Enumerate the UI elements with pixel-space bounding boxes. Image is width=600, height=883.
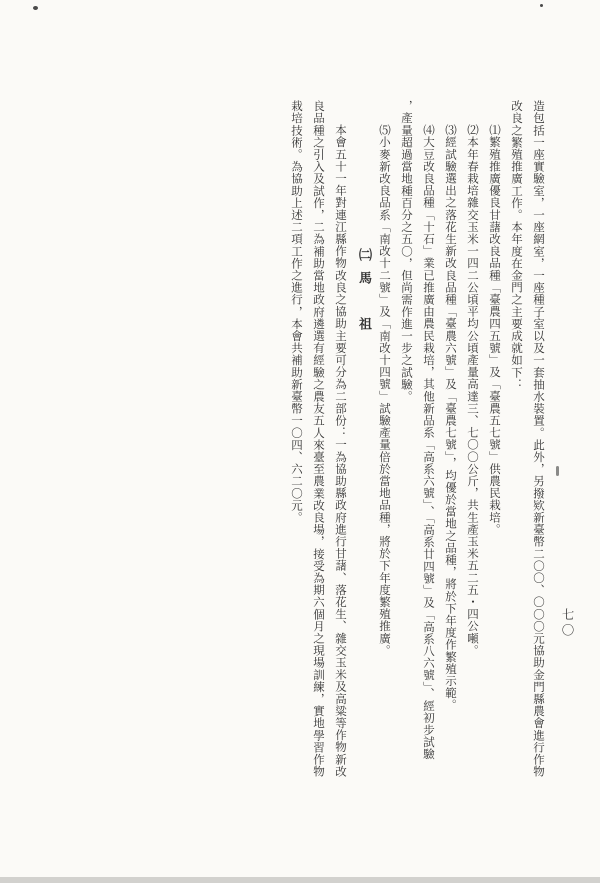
list-item-4-cont: ，產量超過當地種百分之五〇，但尚需作進一步之試驗。 <box>396 100 418 800</box>
list-item-2: ⑵本年春栽培雜交玉米一四二公頃平均公頃產量高達三、七〇〇公斤，共生產玉米五二五・… <box>462 100 484 800</box>
text-block: 造包括一座實驗室，一座網室，一座種子室以及一套抽水裝置。此外，另撥欵新臺幣二〇〇… <box>286 100 550 800</box>
text-column: 改良之繁殖推廣工作。本年度在金門之主要成就如下： <box>506 100 528 800</box>
paragraph-matsu-cont: 良品種之引入及試作，二為補助當地政府遴選有經驗之農友五人來臺至農業改良場，接受為… <box>308 100 330 800</box>
list-item-1: ⑴繁殖推廣優良甘藷改良品種「臺農四五號」及「臺農五七號」供農民栽培。 <box>484 100 506 800</box>
list-item-3: ⑶經試驗選出之落花生新改良品種「臺農六號」及「臺農七號」，均優於當地之品種，將於… <box>440 100 462 800</box>
list-item-5: ⑸小麥新改良品系「南改十二號」及「南改十四號」試驗產量倍於當地品種，將於下年度繁… <box>374 100 396 800</box>
scan-speck <box>33 6 38 10</box>
paragraph-matsu-end: 栽培技術。為協助上述二項工作之進行，本會共補助新臺幣一〇四、六二〇元。 <box>286 100 308 800</box>
scan-edge-shadow <box>0 877 600 883</box>
page-number: 七〇 <box>558 608 576 639</box>
scan-speck <box>556 466 559 476</box>
section-heading-matsu: ㈡馬 祖 <box>352 100 374 800</box>
scan-speck <box>540 4 543 7</box>
text-column: 造包括一座實驗室，一座網室，一座種子室以及一套抽水裝置。此外，另撥欵新臺幣二〇〇… <box>528 100 550 800</box>
document-page: 造包括一座實驗室，一座網室，一座種子室以及一套抽水裝置。此外，另撥欵新臺幣二〇〇… <box>0 0 600 883</box>
list-item-4: ⑷大豆改良品種「十石」業已推廣由農民栽培，其他新品系「高系六號」、「高系廿四號」… <box>418 100 440 800</box>
paragraph-matsu: 本會五十一年對連江縣作物改良之協助主要可分為二部份：一為協助縣政府進行甘藷、落花… <box>330 100 352 800</box>
